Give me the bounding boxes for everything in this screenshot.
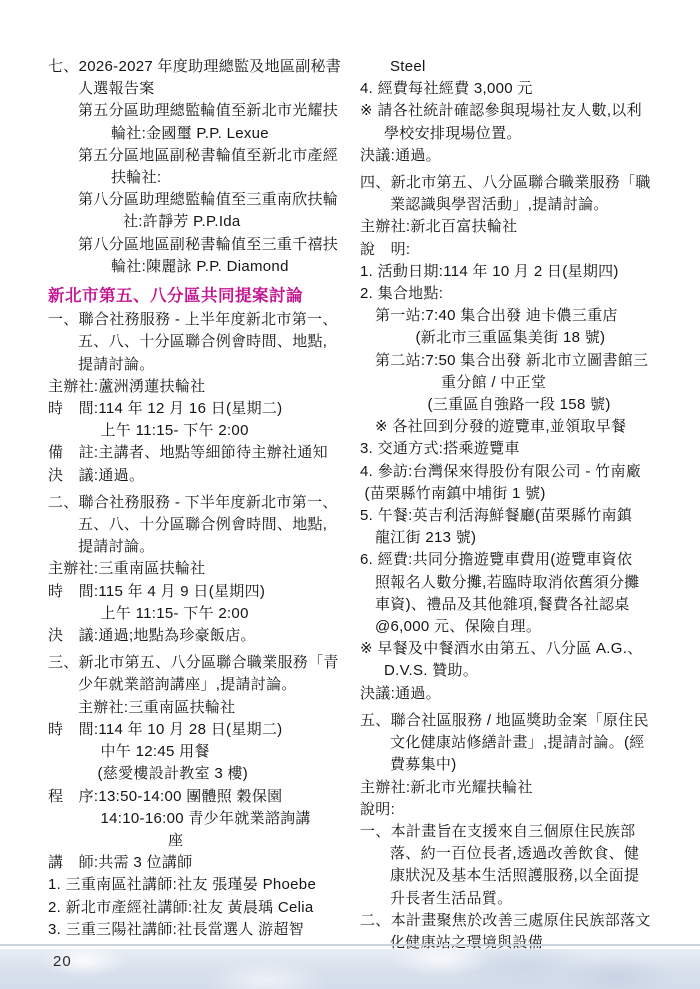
text-line: 四、新北市第五、八分區聯合職業服務「職 [360, 172, 672, 194]
text-line: 照報名人數分攤,若臨時取消依舊須分攤 [360, 572, 672, 594]
text-line: 第八分區地區副秘書輪值至三重千禧扶 [48, 234, 354, 256]
text-line: 座 [48, 830, 354, 852]
text-line: 說 明: [360, 239, 672, 261]
text-line: 1. 三重南區社講師:社友 張瑾晏 Phoebe [48, 874, 354, 896]
text-line: 5. 午餐:英吉利活海鮮餐廳(苗栗縣竹南鎮 [360, 505, 672, 527]
text-line: 14:10-16:00 青少年就業諮詢講 [48, 808, 354, 830]
text-line: (新北市三重區集美街 18 號) [360, 327, 672, 349]
text-line: (苗栗縣竹南鎮中埔街 1 號) [360, 483, 672, 505]
text-line: 康狀況及基本生活照護服務,以全面提 [360, 865, 672, 887]
text-line: 第一站:7:40 集合出發 迪卡儂三重店 [360, 305, 672, 327]
text-line: 2. 新北市產經社講師:社友 黃晨瑀 Celia [48, 897, 354, 919]
text-line: 人選報告案 [48, 78, 354, 100]
text-line: Steel [360, 56, 672, 78]
text-line: 4. 參訪:台灣保來得股份有限公司 - 竹南廠 [360, 461, 672, 483]
text-line: 說明: [360, 799, 672, 821]
text-line: D.V.S. 贊助。 [360, 660, 672, 682]
text-line: 決 議:通過;地點為珍豪飯店。 [48, 625, 354, 647]
text-line: 3. 交通方式:搭乘遊覽車 [360, 438, 672, 460]
text-line: 6. 經費:共同分擔遊覽車費用(遊覽車資依 [360, 549, 672, 571]
text-line: 文化健康站修繕計畫」,提請討論。(經 [360, 732, 672, 754]
text-line: 輪社:陳麗詠 P.P. Diamond [48, 256, 354, 278]
text-line: ※ 各社回到分發的遊覽車,並領取早餐 [360, 416, 672, 438]
footer-texture-band [0, 949, 700, 989]
text-line: 社:許靜芳 P.P.Ida [48, 211, 354, 233]
text-line: 重分館 / 中正堂 [360, 372, 672, 394]
text-line: 費募集中) [360, 754, 672, 776]
text-line: 一、聯合社務服務 - 上半年度新北市第一、 [48, 309, 354, 331]
text-line: ※ 早餐及中餐酒水由第五、八分區 A.G.、 [360, 638, 672, 660]
document-page: 七、2026-2027 年度助理總監及地區副秘書人選報告案第五分區助理總監輪值至… [0, 0, 700, 989]
text-line: 決 議:通過。 [48, 465, 354, 487]
text-line: 少年就業諮詢講座」,提請討論。 [48, 674, 354, 696]
text-line: ※ 請各社統計確認參與現場社友人數,以利 [360, 100, 672, 122]
text-line: 七、2026-2027 年度助理總監及地區副秘書 [48, 56, 354, 78]
text-line: 主辦社:蘆洲湧蓮扶輪社 [48, 376, 354, 398]
text-line: 第八分區助理總監輪值至三重南欣扶輪 [48, 189, 354, 211]
text-line: 1. 活動日期:114 年 10 月 2 日(星期四) [360, 261, 672, 283]
text-line: 學校安排現場位置。 [360, 123, 672, 145]
left-text-column: 七、2026-2027 年度助理總監及地區副秘書人選報告案第五分區助理總監輪值至… [48, 56, 354, 941]
text-line: 提請討論。 [48, 354, 354, 376]
text-line: 決議:通過。 [360, 683, 672, 705]
text-line: 決議:通過。 [360, 145, 672, 167]
text-line: 2. 集合地點: [360, 283, 672, 305]
text-line: 第五分區地區副秘書輪值至新北市產經 [48, 145, 354, 167]
text-line: 二、本計畫聚焦於改善三處原住民族部落文 [360, 910, 672, 932]
text-line: 上午 11:15- 下午 2:00 [48, 603, 354, 625]
text-line: 第二站:7:50 集合出發 新北市立圖書館三 [360, 350, 672, 372]
text-line: 程 序:13:50-14:00 團體照 穀保園 [48, 786, 354, 808]
text-line: 五、聯合社區服務 / 地區獎助金案「原住民 [360, 710, 672, 732]
text-line: 上午 11:15- 下午 2:00 [48, 420, 354, 442]
text-line: 升長者生活品質。 [360, 888, 672, 910]
text-line: 輪社:金國璽 P.P. Lexue [48, 123, 354, 145]
text-line: 中午 12:45 用餐 [48, 741, 354, 763]
text-line: 時 間:114 年 10 月 28 日(星期二) [48, 719, 354, 741]
text-line: 扶輪社: [48, 167, 354, 189]
text-line: 一、本計畫旨在支援來自三個原住民族部 [360, 821, 672, 843]
text-line: 主辦社:新北百富扶輪社 [360, 216, 672, 238]
section-heading: 新北市第五、八分區共同提案討論 [48, 285, 354, 307]
text-line: 主辦社:三重南區扶輪社 [48, 558, 354, 580]
text-line: 講 師:共需 3 位講師 [48, 852, 354, 874]
text-line: 業認識與學習活動」,提請討論。 [360, 194, 672, 216]
text-line: 五、八、十分區聯合例會時間、地點, [48, 514, 354, 536]
text-line: 主辦社:新北市光耀扶輪社 [360, 777, 672, 799]
text-line: 時 間:114 年 12 月 16 日(星期二) [48, 398, 354, 420]
text-line: 備 註:主講者、地點等細節待主辦社通知 [48, 442, 354, 464]
footer-divider-line [0, 944, 700, 946]
right-text-column: Steel4. 經費每社經費 3,000 元※ 請各社統計確認參與現場社友人數,… [360, 56, 672, 954]
text-line: 提請討論。 [48, 536, 354, 558]
text-line: 第五分區助理總監輪值至新北市光耀扶 [48, 100, 354, 122]
text-line: 時 間:115 年 4 月 9 日(星期四) [48, 581, 354, 603]
page-number: 20 [53, 953, 72, 970]
text-line: (慈愛樓設計教室 3 樓) [48, 763, 354, 785]
text-line: 五、八、十分區聯合例會時間、地點, [48, 331, 354, 353]
text-line: 3. 三重三陽社講師:社長當選人 游超智 [48, 919, 354, 941]
text-line: 4. 經費每社經費 3,000 元 [360, 78, 672, 100]
text-line: 二、聯合社務服務 - 下半年度新北市第一、 [48, 492, 354, 514]
text-line: 主辦社:三重南區扶輪社 [48, 697, 354, 719]
text-line: 車資)、禮品及其他雜項,餐費各社認桌 [360, 594, 672, 616]
text-line: (三重區自強路一段 158 號) [360, 394, 672, 416]
text-line: @6,000 元、保險自理。 [360, 616, 672, 638]
text-line: 龍江街 213 號) [360, 527, 672, 549]
text-line: 落、約一百位長者,透過改善飲食、健 [360, 843, 672, 865]
text-line: 三、新北市第五、八分區聯合職業服務「青 [48, 652, 354, 674]
